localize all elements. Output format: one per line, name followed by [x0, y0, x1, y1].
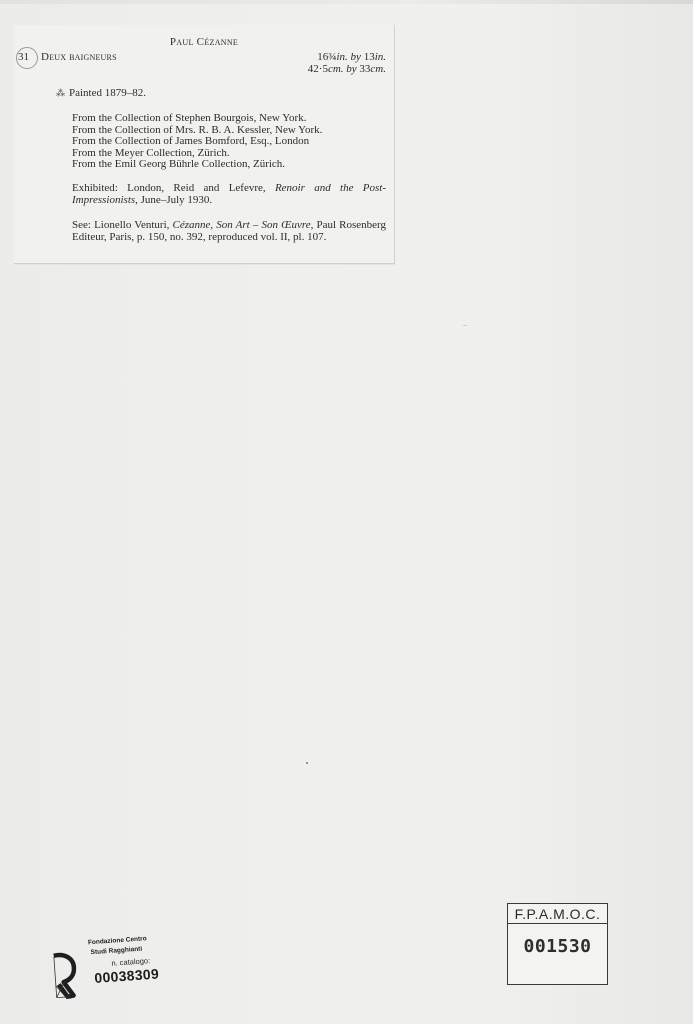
dimensions-metric: 42·5cm. by 33cm.	[308, 63, 386, 75]
archive-label: Fondazione Centro Studi Ragghianti n. ca…	[48, 931, 177, 1002]
provenance-item: From the Emil Georg Bührle Collection, Z…	[72, 159, 322, 171]
foundation-name-line2: Studi Ragghianti	[90, 946, 142, 957]
asterism-icon: ⁂	[56, 88, 65, 98]
dust-speck	[306, 762, 308, 764]
foundation-name-line1: Fondazione Centro	[88, 935, 147, 946]
stamp-number: 001530	[508, 936, 607, 957]
dust-speck	[463, 325, 467, 326]
book-title: Cézanne, Son Art – Son Œuvre	[173, 219, 311, 231]
literature-reference: See: Lionello Venturi, Cézanne, Son Art …	[72, 220, 386, 243]
artist-name: Paul Cézanne	[14, 36, 394, 48]
exhibition-history: Exhibited: London, Reid and Lefevre, Ren…	[72, 182, 386, 206]
provenance-list: From the Collection of Stephen Bourgois,…	[72, 113, 322, 171]
page-top-edge	[0, 0, 693, 4]
ragghianti-logo-icon	[51, 950, 80, 1000]
artwork-title: Deux baigneurs	[41, 51, 117, 63]
fpamoc-stamp: F.P.A.M.O.C. 001530	[507, 903, 608, 985]
scanned-page: Paul Cézanne 31 Deux baigneurs 16¾in. by…	[0, 0, 693, 1024]
lot-number: 31	[18, 51, 29, 63]
dimensions-imperial: 16¾in. by 13in.	[308, 51, 386, 63]
catalogue-number: 00038309	[94, 965, 160, 985]
dimensions: 16¾in. by 13in. 42·5cm. by 33cm.	[308, 51, 386, 75]
stamp-header: F.P.A.M.O.C.	[508, 904, 607, 924]
catalogue-clipping: Paul Cézanne 31 Deux baigneurs 16¾in. by…	[14, 25, 395, 264]
provenance-item: From the Collection of Stephen Bourgois,…	[72, 113, 322, 125]
painted-date: ⁂Painted 1879–82.	[56, 87, 146, 99]
